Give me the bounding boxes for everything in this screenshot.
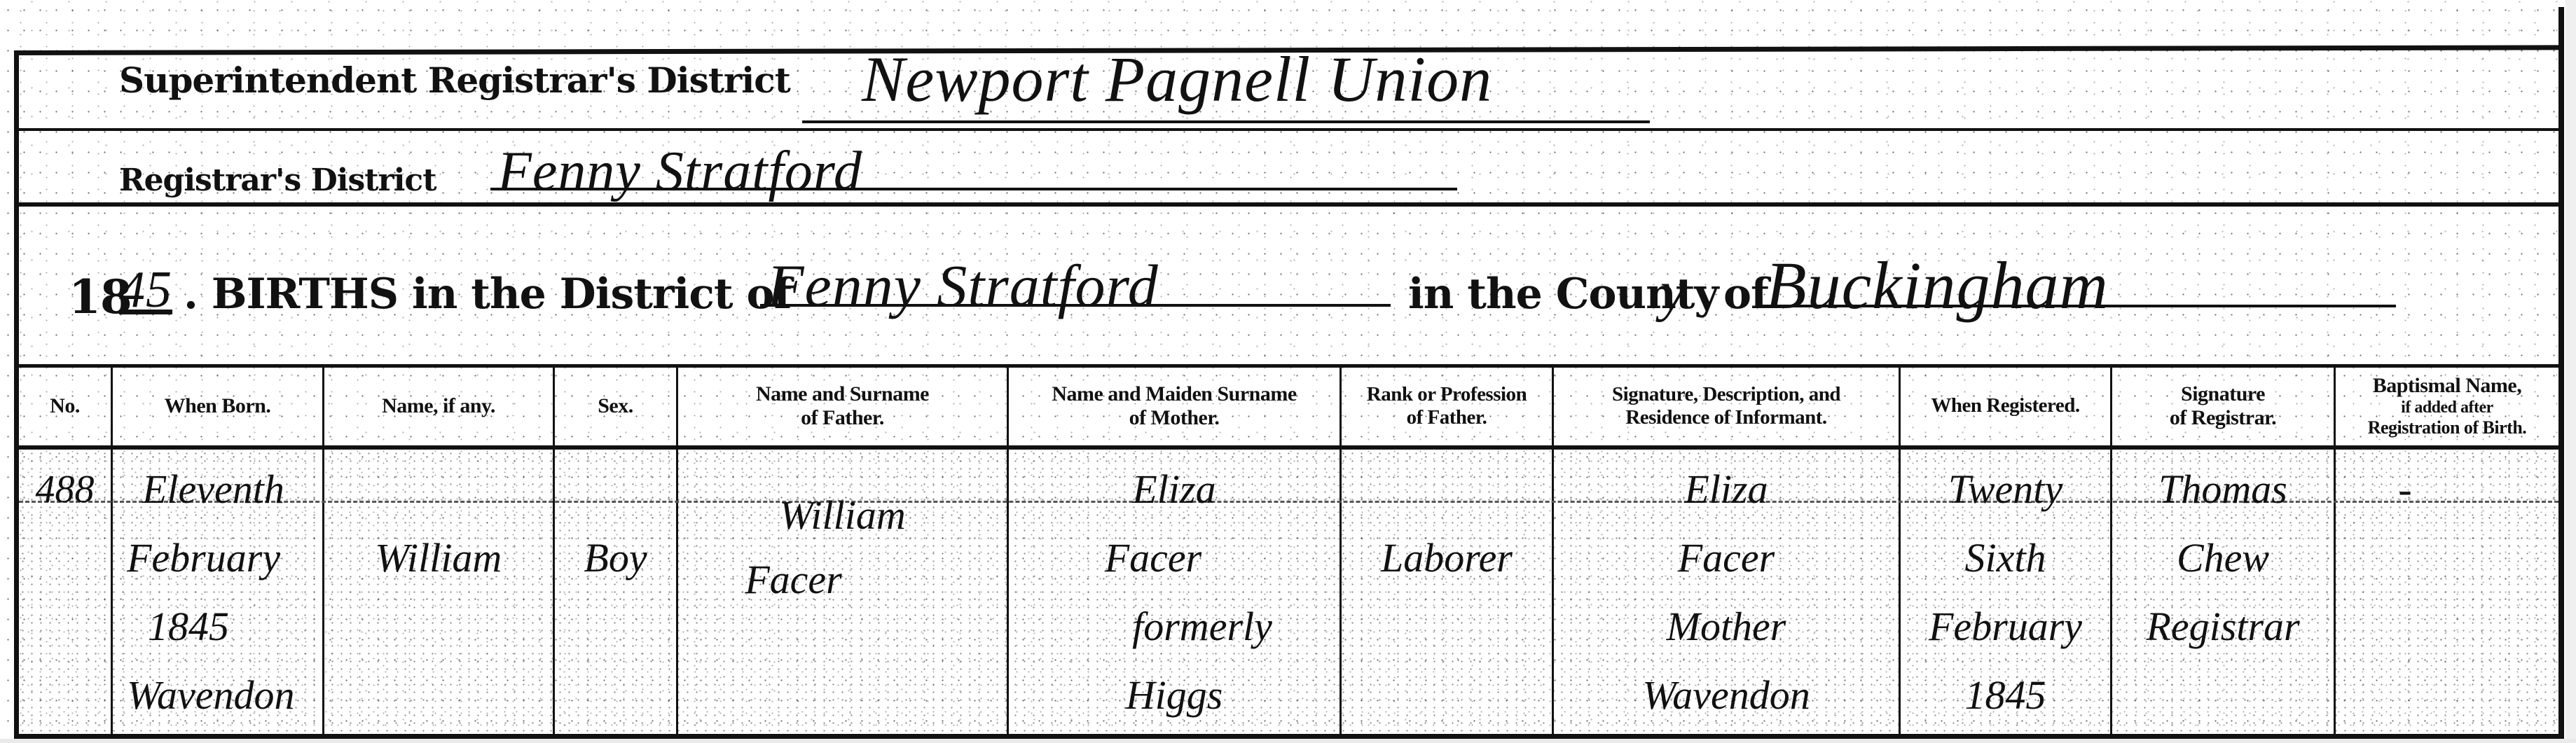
colhead-when-born-text: When Born. bbox=[165, 394, 271, 419]
rule-after-registrar bbox=[19, 202, 2562, 207]
cell-registrar: Thomas Chew Registrar bbox=[2112, 455, 2334, 735]
when-born-year: 1845 bbox=[127, 592, 229, 661]
spacer bbox=[434, 455, 444, 524]
colhead-no: No. bbox=[19, 368, 111, 445]
registered-year: 1845 bbox=[1965, 661, 2046, 730]
registered-day-1: Twenty bbox=[1948, 455, 2062, 524]
scan-edge-bottom bbox=[0, 739, 2576, 743]
mother-surname: Facer bbox=[1105, 524, 1202, 592]
county-value: Buckingham bbox=[1765, 246, 2109, 324]
colhead-father-line1: Name and Surname bbox=[756, 382, 929, 407]
informant-residence: Wavendon bbox=[1642, 661, 1810, 730]
colhead-informant: Signature, Description, and Residence of… bbox=[1554, 368, 1899, 445]
frame-left-border bbox=[14, 53, 19, 739]
superintendent-district-value: Newport Pagnell Union bbox=[862, 42, 1492, 116]
entry-number: 488 bbox=[36, 455, 95, 524]
registered-month: February bbox=[1929, 592, 2082, 661]
superintendent-district-label: Superintendent Registrar's District bbox=[119, 60, 790, 101]
colhead-when-registered: When Registered. bbox=[1901, 368, 2110, 445]
child-name: William bbox=[376, 524, 502, 592]
births-district-value: Fenny Stratford bbox=[767, 251, 1159, 321]
spacer bbox=[1442, 455, 1452, 524]
colhead-name-text: Name, if any. bbox=[382, 394, 495, 419]
baptismal-name: - bbox=[2398, 455, 2411, 524]
informant-forename: Eliza bbox=[1684, 455, 1768, 524]
colhead-mother-line1: Name and Maiden Surname bbox=[1052, 382, 1296, 407]
cell-informant: Eliza Facer Mother Wavendon bbox=[1554, 455, 1899, 735]
colhead-mother: Name and Maiden Surname of Mother. bbox=[1009, 368, 1339, 445]
colhead-father-line2: of Father. bbox=[801, 406, 884, 431]
frame-right-border bbox=[2558, 7, 2564, 739]
county-of-label: of bbox=[1723, 270, 1768, 319]
child-sex: Boy bbox=[584, 524, 647, 592]
when-born-day: Eleventh bbox=[127, 455, 284, 524]
cell-no: 488 bbox=[19, 455, 111, 735]
cell-profession: Laborer bbox=[1342, 455, 1552, 735]
when-born-month: February bbox=[127, 524, 280, 592]
registrar-forename: Thomas bbox=[2158, 455, 2287, 524]
colhead-sex-text: Sex. bbox=[598, 394, 633, 419]
scan-edge-right bbox=[2565, 0, 2576, 743]
colhead-informant-line2: Residence of Informant. bbox=[1625, 406, 1826, 429]
registrar-district-value: Fenny Stratford bbox=[497, 140, 862, 204]
county-y-handwritten: y bbox=[1660, 261, 1686, 324]
father-profession: Laborer bbox=[1381, 524, 1513, 592]
rule-after-column-headers bbox=[19, 445, 2562, 450]
registrar-district-label: Registrar's District bbox=[119, 162, 436, 198]
cell-name: William bbox=[324, 455, 553, 735]
colhead-name: Name, if any. bbox=[324, 368, 553, 445]
colhead-father: Name and Surname of Father. bbox=[678, 368, 1007, 445]
spacer bbox=[610, 455, 621, 524]
colhead-baptismal-line3: Registration of Birth. bbox=[2368, 417, 2527, 438]
colhead-baptismal-line1: Baptismal Name, bbox=[2373, 374, 2522, 398]
cell-baptismal: - bbox=[2336, 455, 2558, 735]
colhead-registrar: Signature of Registrar. bbox=[2112, 368, 2334, 445]
cell-mother: Eliza Facer formerly Higgs bbox=[1009, 455, 1339, 735]
colhead-registrar-line2: of Registrar. bbox=[2170, 406, 2276, 431]
father-surname: Facer bbox=[745, 548, 842, 612]
births-district-label: . BIRTHS in the District of bbox=[184, 270, 791, 319]
informant-description: Mother bbox=[1667, 592, 1786, 661]
year-handwritten: 45 bbox=[119, 261, 172, 320]
cell-when-registered: Twenty Sixth February 1845 bbox=[1901, 455, 2110, 735]
colhead-baptismal-line2: if added after bbox=[2401, 398, 2493, 418]
mother-formerly: formerly bbox=[1132, 592, 1272, 661]
colhead-profession-line2: of Father. bbox=[1407, 406, 1487, 429]
registered-day-2: Sixth bbox=[1965, 524, 2046, 592]
father-forename: William bbox=[779, 483, 905, 548]
cell-father: William Facer bbox=[678, 455, 1007, 735]
when-born-place: Wavendon bbox=[127, 661, 294, 730]
colhead-when-registered-text: When Registered. bbox=[1931, 394, 2079, 417]
superintendent-district-underline bbox=[802, 120, 1650, 123]
colhead-baptismal: Baptismal Name, if added after Registrat… bbox=[2336, 368, 2558, 445]
registrar-surname: Chew bbox=[2177, 524, 2269, 592]
colhead-profession: Rank or Profession of Father. bbox=[1342, 368, 1552, 445]
cell-when-born: Eleventh February 1845 Wavendon bbox=[113, 455, 322, 735]
colhead-informant-line1: Signature, Description, and bbox=[1612, 383, 1840, 406]
mother-maiden-name: Higgs bbox=[1126, 661, 1223, 730]
rule-after-superintendent bbox=[19, 128, 2562, 131]
informant-surname: Facer bbox=[1678, 524, 1775, 592]
mother-forename: Eliza bbox=[1132, 455, 1215, 524]
colhead-registrar-line1: Signature bbox=[2181, 382, 2265, 407]
cell-sex: Boy bbox=[555, 455, 676, 735]
colhead-profession-line1: Rank or Profession bbox=[1367, 383, 1527, 406]
colhead-mother-line2: of Mother. bbox=[1129, 406, 1220, 431]
colhead-sex: Sex. bbox=[555, 368, 676, 445]
colhead-when-born: When Born. bbox=[113, 368, 322, 445]
registrar-title: Registrar bbox=[2146, 592, 2299, 661]
colhead-no-text: No. bbox=[50, 394, 80, 419]
